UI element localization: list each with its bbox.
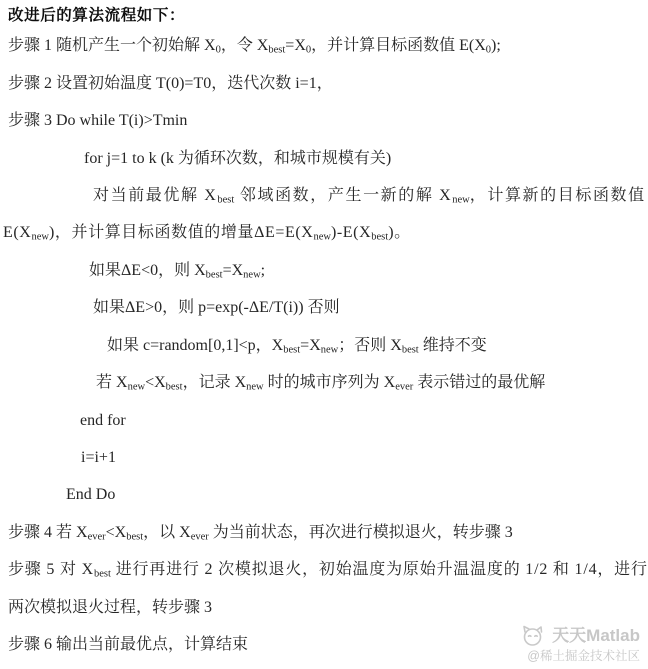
subscript-text: new <box>243 270 261 281</box>
subscript-text: best <box>206 270 223 281</box>
line-text: 如果ΔE<0，则 X <box>89 262 206 279</box>
subscript-text: best <box>94 569 111 580</box>
text-line: 如果ΔE>0，则 p=exp(-ΔE/T(i)) 否则 <box>93 297 340 318</box>
text-line: 如果ΔE<0，则 Xbest=Xnew; <box>89 260 265 286</box>
line-text: ; <box>261 262 265 279</box>
subscript-text: ever <box>191 532 209 543</box>
document-page: 改进后的算法流程如下：步骤 1 随机产生一个初始解 X0，令 Xbest=X0，… <box>0 0 648 669</box>
subscript-text: best <box>371 232 388 243</box>
line-text: 步骤 1 随机产生一个初始解 X <box>8 37 216 54</box>
line-text: 步骤 5 对 X <box>8 561 94 578</box>
watermark: 天天Matlab @稀土掘金技术社区 <box>521 624 640 664</box>
subscript-text: best <box>126 532 143 543</box>
line-text: 步骤 2 设置初始温度 T(0)=T0，迭代次数 i=1， <box>8 75 333 92</box>
text-line: i=i+1 <box>81 447 116 468</box>
line-text: =X <box>300 337 321 354</box>
line-text: <X <box>145 374 166 391</box>
line-text: =X <box>285 37 306 54</box>
line-text: 邻域函数，产生一新的解 X <box>234 187 452 204</box>
line-text: 步骤 4 若 X <box>8 524 88 541</box>
text-line: 步骤 2 设置初始温度 T(0)=T0，迭代次数 i=1， <box>8 73 333 94</box>
line-text: 如果 c=random[0,1]<p，X <box>107 337 283 354</box>
line-text: E(X <box>3 224 31 241</box>
text-line: 若 Xnew<Xbest，记录 Xnew 时的城市序列为 Xever 表示错过的… <box>96 372 545 398</box>
subscript-text: best <box>166 382 183 393</box>
line-text: 改进后的算法流程如下： <box>8 7 185 24</box>
text-line: 如果 c=random[0,1]<p，Xbest=Xnew；否则 Xbest 维… <box>107 335 487 361</box>
subscript-text: new <box>321 345 339 356</box>
line-text: ，并计算目标函数值 E(X <box>311 37 486 54</box>
subscript-text: new <box>128 382 146 393</box>
document-title: 改进后的算法流程如下： <box>8 5 185 26</box>
text-line: 步骤 4 若 Xever<Xbest，以 Xever 为当前状态，再次进行模拟退… <box>8 522 513 548</box>
watermark-community-text: @稀土掘金技术社区 <box>521 649 640 664</box>
line-text: 维持不变 <box>419 337 487 354</box>
subscript-text: best <box>283 345 300 356</box>
text-line: 步骤 3 Do while T(i)>Tmin <box>8 110 187 131</box>
line-text: 如果ΔE>0，则 p=exp(-ΔE/T(i)) 否则 <box>93 299 340 316</box>
line-text: ); <box>491 37 501 54</box>
line-text: ，计算新的目标函数值 <box>470 187 646 204</box>
watermark-brand-row: 天天Matlab <box>521 624 640 648</box>
line-text: <X <box>106 524 127 541</box>
text-line: for j=1 to k (k 为循环次数，和城市规模有关) <box>84 148 391 169</box>
text-line: 对当前最优解 Xbest 邻域函数，产生一新的解 Xnew，计算新的目标函数值 <box>93 185 646 211</box>
line-text: 对当前最优解 X <box>93 187 217 204</box>
line-text: ；否则 X <box>338 337 402 354</box>
text-line: 步骤 5 对 Xbest 进行再进行 2 次模拟退火，初始温度为原始升温温度的 … <box>8 559 648 585</box>
subscript-text: best <box>217 195 234 206</box>
line-text: 步骤 3 Do while T(i)>Tmin <box>8 112 187 129</box>
line-text: End Do <box>66 486 115 503</box>
line-text: 两次模拟退火过程，转步骤 3 <box>8 599 212 616</box>
text-line: 两次模拟退火过程，转步骤 3 <box>8 597 212 618</box>
subscript-text: best <box>268 45 285 56</box>
line-text: )。 <box>388 224 411 241</box>
line-text: 进行再进行 2 次模拟退火，初始温度为原始升温温度的 1/2 和 1/4，进行 <box>111 561 648 578</box>
line-text: i=i+1 <box>81 449 116 466</box>
subscript-text: new <box>313 232 331 243</box>
watermark-brand-text: 天天Matlab <box>552 625 640 647</box>
line-text: 若 X <box>96 374 128 391</box>
text-line: 步骤 1 随机产生一个初始解 X0，令 Xbest=X0，并计算目标函数值 E(… <box>8 35 501 61</box>
subscript-text: new <box>452 195 470 206</box>
line-text: for j=1 to k (k 为循环次数，和城市规模有关) <box>84 150 391 167</box>
subscript-text: ever <box>395 382 413 393</box>
line-text: )-E(X <box>331 224 371 241</box>
line-text: end for <box>80 412 126 429</box>
line-text: =X <box>223 262 244 279</box>
cat-logo-icon <box>521 624 545 648</box>
subscript-text: best <box>402 345 419 356</box>
text-line: end for <box>80 410 126 431</box>
line-text: )，并计算目标函数值的增量ΔE=E(X <box>49 224 313 241</box>
subscript-text: new <box>246 382 264 393</box>
text-line: E(Xnew)，并计算目标函数值的增量ΔE=E(Xnew)-E(Xbest)。 <box>3 222 411 248</box>
line-text: 表示错过的最优解 <box>413 374 545 391</box>
line-text: ，以 X <box>143 524 191 541</box>
text-line: End Do <box>66 484 115 505</box>
line-text: 为当前状态，再次进行模拟退火，转步骤 3 <box>209 524 513 541</box>
line-text: ，记录 X <box>183 374 247 391</box>
subscript-text: ever <box>88 532 106 543</box>
line-text: 步骤 6 输出当前最优点，计算结束 <box>8 636 248 653</box>
line-text: 时的城市序列为 X <box>264 374 396 391</box>
subscript-text: new <box>31 232 49 243</box>
line-text: ，令 X <box>221 37 269 54</box>
text-line: 步骤 6 输出当前最优点，计算结束 <box>8 634 248 655</box>
